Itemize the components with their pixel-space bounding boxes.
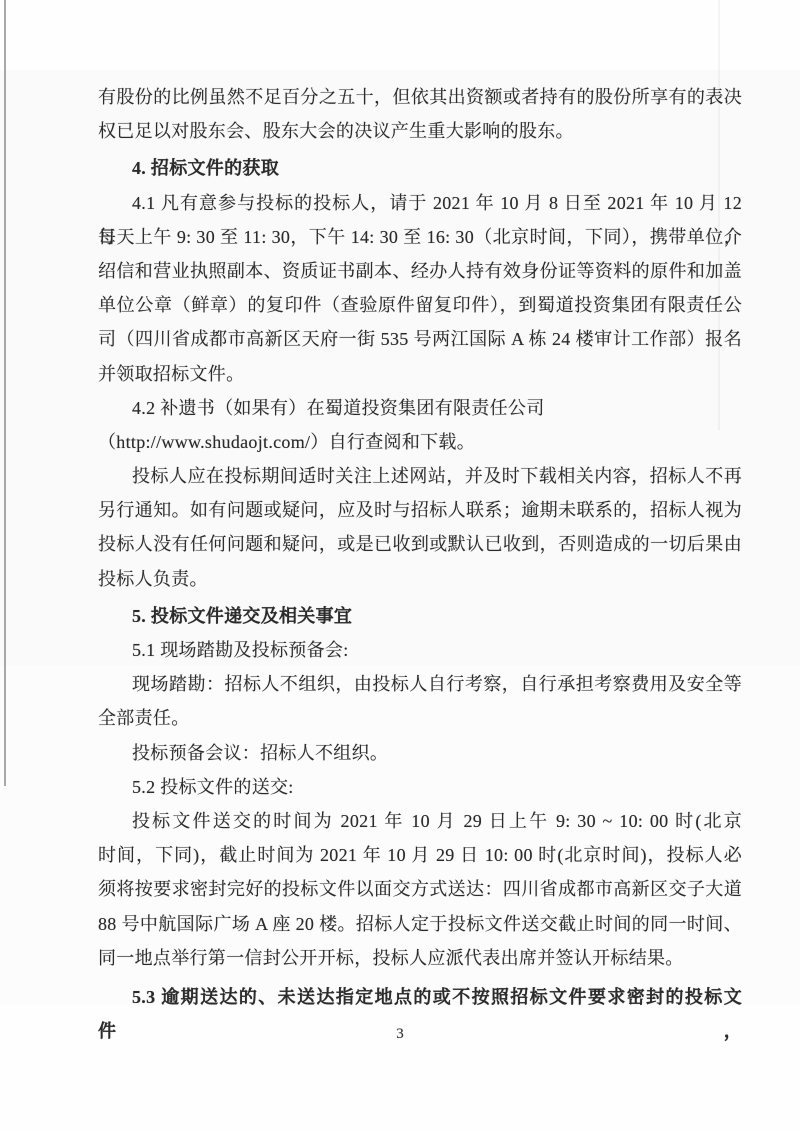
document-line: 有股份的比例虽然不足百分之五十，但依其出资额或者持有的股份所享有的表决 <box>98 80 742 114</box>
document-line: 投标文件送交的时间为 2021 年 10 月 29 日上午 9: 30 ~ 10… <box>98 804 742 838</box>
document-heading-line: 5.3 逾期送达的、未送达指定地点的或不按照招标文件要求密封的投标文件， <box>98 980 742 1014</box>
document-line: 投标人应在投标期间适时关注上述网站，并及时下载相关内容，招标人不再 <box>98 459 742 493</box>
document-heading-line: 5. 投标文件递交及相关事宜 <box>98 599 742 633</box>
document-line: 4.2 补遗书（如果有）在蜀道投资集团有限责任公司 <box>98 391 742 425</box>
document-line: 司（四川省成都市高新区天府一街 535 号两江国际 A 栋 24 楼审计工作部）… <box>98 322 742 356</box>
document-page: 有股份的比例虽然不足百分之五十，但依其出资额或者持有的股份所享有的表决权已足以对… <box>0 0 800 1131</box>
document-line: 时间，下同)，截止时间为 2021 年 10 月 29 日 10: 00 时(北… <box>98 838 742 872</box>
document-line: 现场踏勘：招标人不组织，由投标人自行考察，自行承担考察费用及安全等 <box>98 667 742 701</box>
document-line: 5.1 现场踏勘及投标预备会: <box>98 633 742 667</box>
document-line: 88 号中航国际广场 A 座 20 楼。招标人定于投标文件送交截止时间的同一时间… <box>98 907 742 941</box>
document-line: 每天上午 9: 30 至 11: 30，下午 14: 30 至 16: 30（北… <box>98 220 742 254</box>
document-line: 绍信和营业执照副本、资质证书副本、经办人持有效身份证等资料的原件和加盖 <box>98 254 742 288</box>
document-line: 投标预备会议：招标人不组织。 <box>98 736 742 770</box>
document-line: 投标人负责。 <box>98 562 742 596</box>
document-line: 另行通知。如有问题或疑问，应及时与招标人联系；逾期未联系的，招标人视为 <box>98 493 742 527</box>
document-line: 投标人没有任何问题和疑问，或是已收到或默认已收到，否则造成的一切后果由 <box>98 527 742 561</box>
document-line: 权已足以对股东会、股东大会的决议产生重大影响的股东。 <box>98 114 742 148</box>
page-number: 3 <box>0 1026 800 1043</box>
document-line: 并领取招标文件。 <box>98 357 742 391</box>
document-line: （http://www.shudaojt.com/）自行查阅和下载。 <box>98 425 742 459</box>
document-line: 4.1 凡有意参与投标的投标人，请于 2021 年 10 月 8 日至 2021… <box>98 186 742 220</box>
document-body: 有股份的比例虽然不足百分之五十，但依其出资额或者持有的股份所享有的表决权已足以对… <box>98 80 742 1014</box>
document-line: 同一地点举行第一信封公开开标，投标人应派代表出席并签认开标结果。 <box>98 941 742 975</box>
document-line: 须将按要求密封完好的投标文件以面交方式送达：四川省成都市高新区交子大道 <box>98 872 742 906</box>
scan-edge-line <box>4 0 6 786</box>
document-heading-line: 4. 招标文件的获取 <box>98 151 742 185</box>
document-line: 单位公章（鲜章）的复印件（查验原件留复印件），到蜀道投资集团有限责任公 <box>98 288 742 322</box>
document-line: 5.2 投标文件的送交: <box>98 770 742 804</box>
document-line: 全部责任。 <box>98 701 742 735</box>
